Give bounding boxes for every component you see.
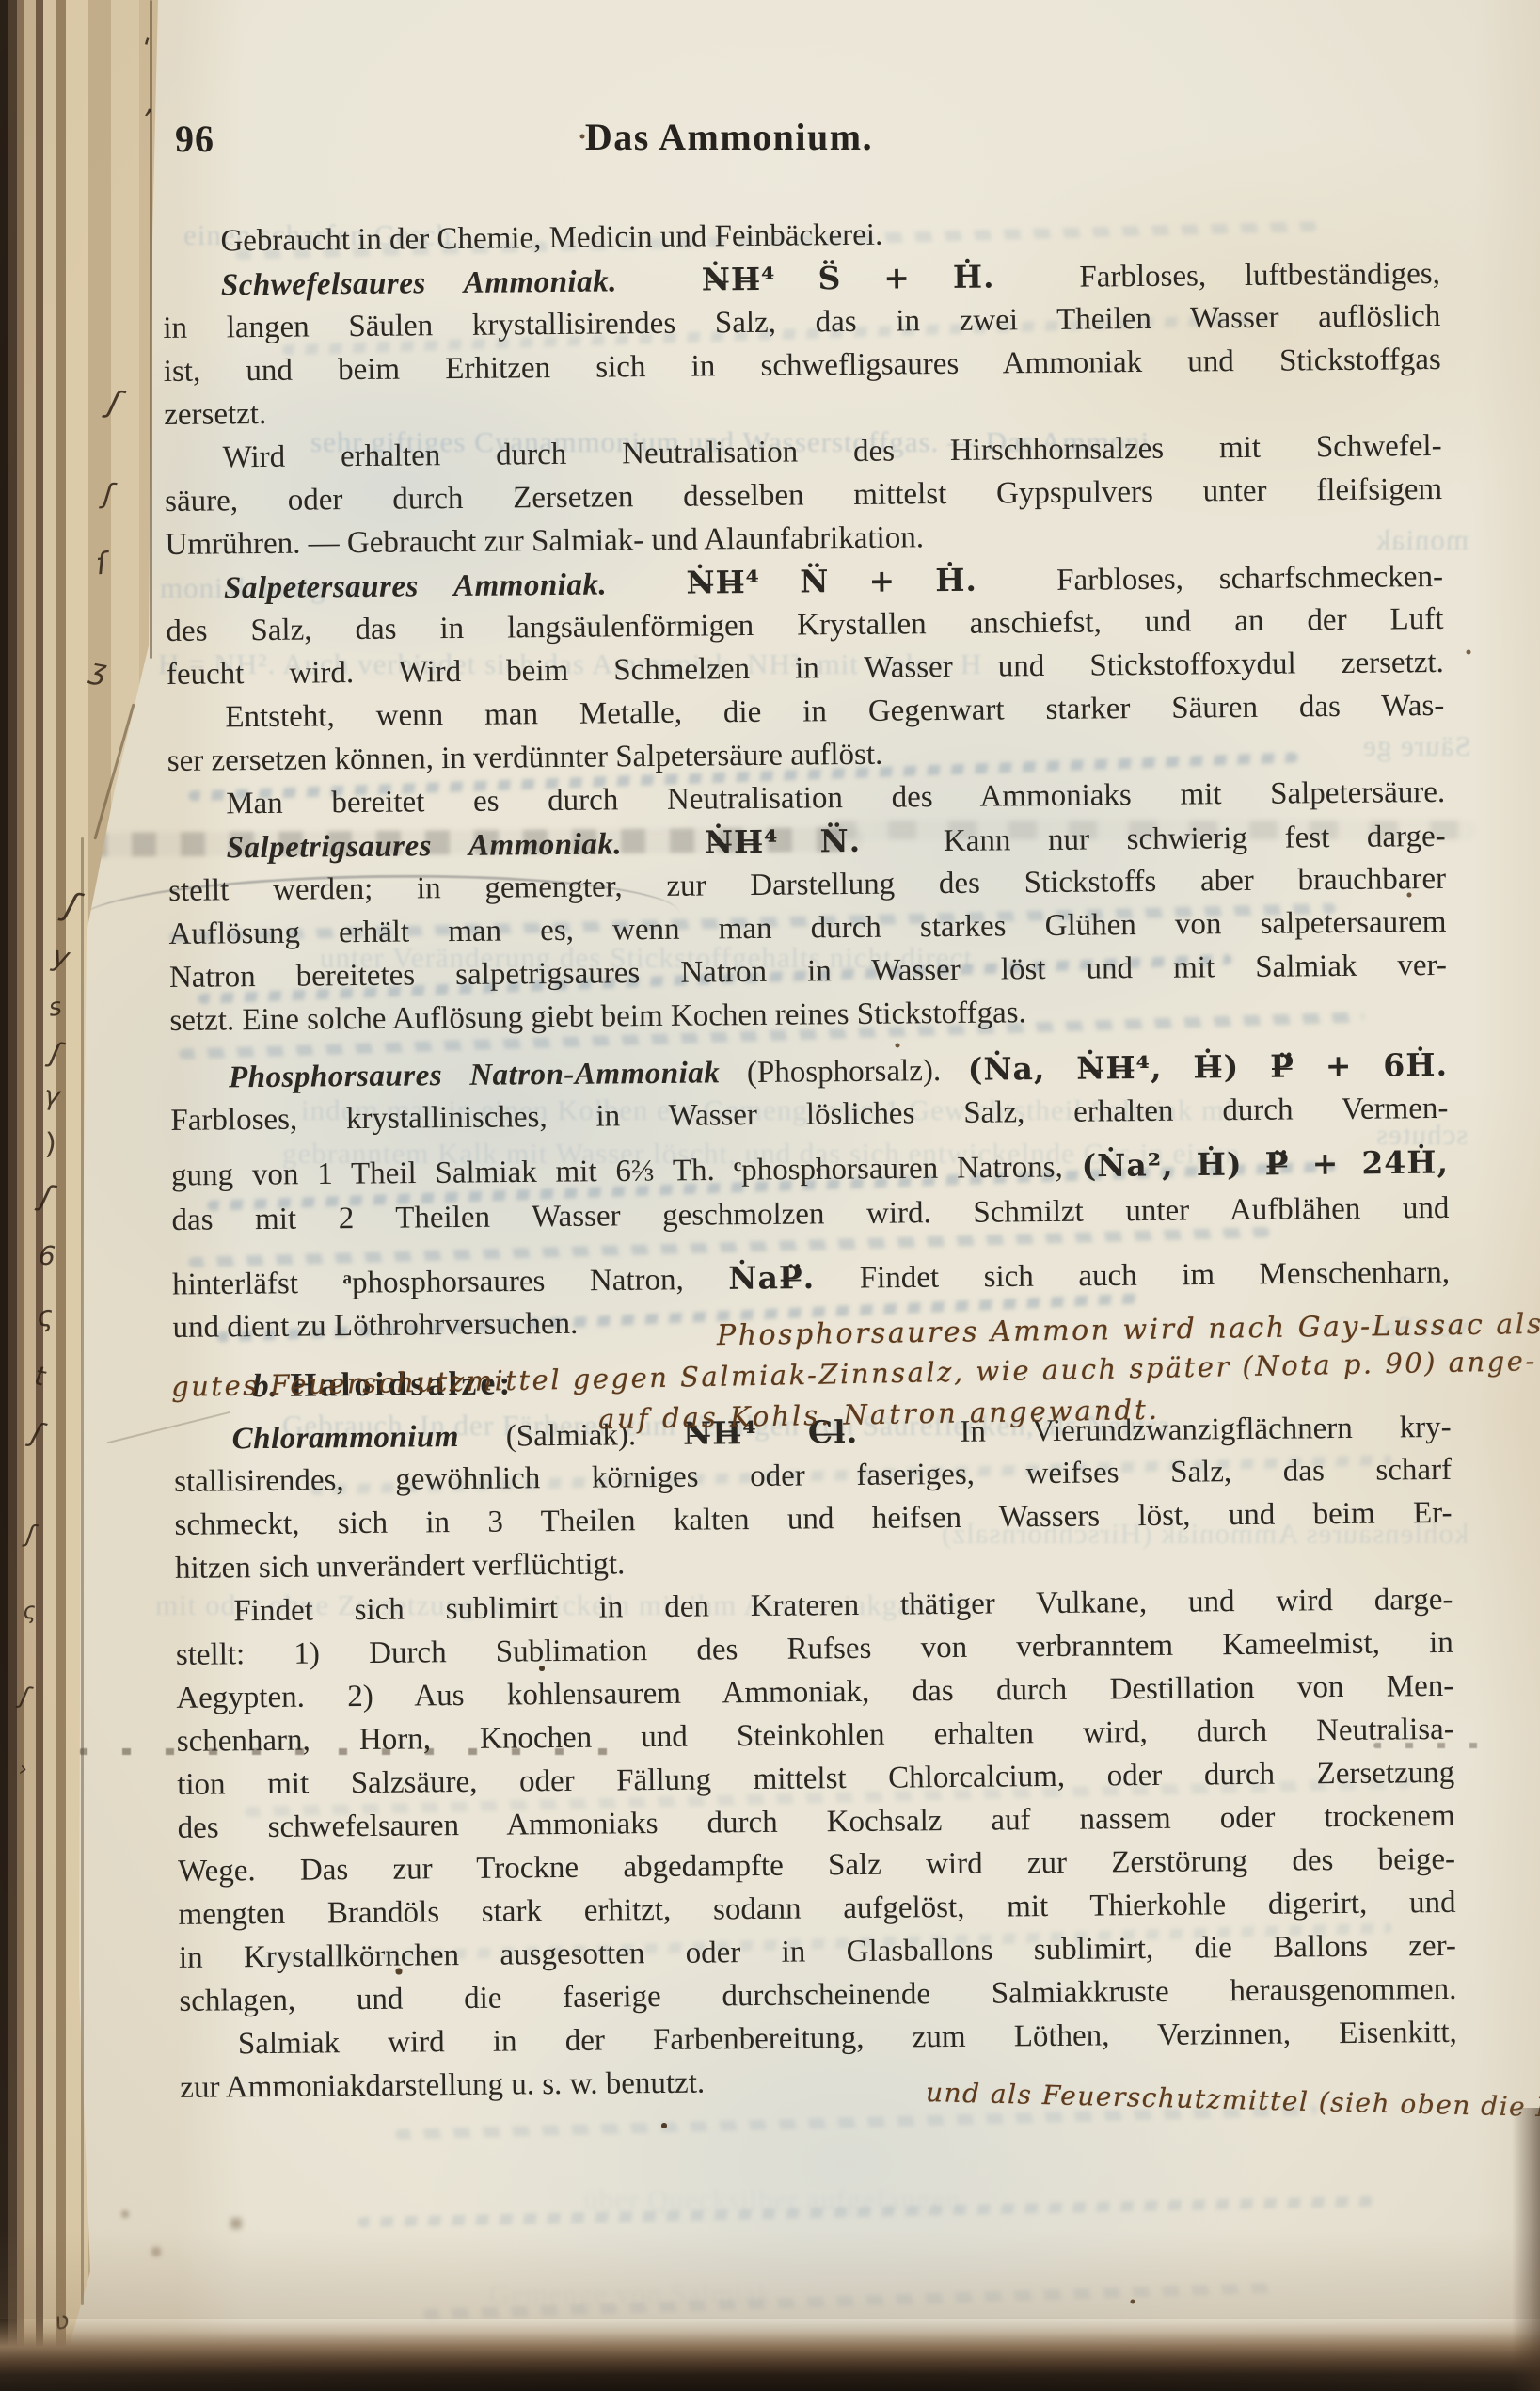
body-text: Farbloses, luftbeständiges, [1079,257,1440,295]
body-text: Gebraucht in der Chemie, Medicin und Fei… [220,218,882,259]
body-text: Auflösung erhält man es, wenn man durch … [168,905,1446,951]
running-title: Das Ammonium. [428,115,1030,159]
chemical-formula: Ṅ̶H̶⁴ N̈. [622,821,944,861]
body-text: Wege. Das zur Trockne abgedampfte Salz w… [178,1842,1455,1889]
body-text: phosphorsaures Natron, [352,1263,729,1300]
body-text: des Salz, das in langsäulenförmigen Krys… [166,602,1443,648]
body-text: stellt werden; in gemengter, zur Darstel… [168,862,1446,908]
species-name: Salpetersaures Ammoniak. [224,567,607,605]
body-text: Entsteht, wenn man Metalle, die in Gegen… [225,689,1444,734]
body-text: Umrühren. — Gebraucht zur Salmiak- und A… [165,520,924,562]
chemical-formula: (Ṅa, Ṅ̶H̶⁴, Ḣ̶) P̶̈ + 6Ḣ. [968,1046,1449,1088]
body-text: tion mit Salzsäure, oder Fällung mittels… [177,1756,1454,1802]
body-text: gung von 1 Theil Salmiak mit 6⅔ Th. [171,1154,734,1193]
margin-ink-mark: › [18,1758,28,1782]
margin-ink-mark: ς [22,1597,38,1624]
margin-ink-mark: γ [42,1079,61,1112]
chemical-formula: Ṅ̶H̶⁴ N̈ + Ḣ. [607,561,1056,602]
body-text: Wird erhalten durch Neutralisation des H… [223,429,1442,474]
body-text: Findet sich auch im Menschenharn, [815,1255,1450,1295]
body-text: Salmiak wird in der Farbenbereitung, zum… [238,2016,1457,2061]
body-text: ser zersetzen können, in verdünnter Salp… [167,738,883,778]
chemical-formula: Ṅ̶H̶⁴ S̈ + Ḣ. [617,258,1080,299]
chemical-formula: (Ṅa², Ḣ) P̶̈ + 24Ḣ, [1081,1143,1449,1184]
body-text: und dient zu Löthrohrversuchen. [172,1307,578,1345]
body-text: stellt: 1) Durch Sublimation des Rufses … [176,1626,1453,1672]
body-text: hinterläfst [172,1267,343,1302]
page-right-edge [1512,2108,1540,2391]
body-text: mengten Brandöls stark erhitzt, sodann a… [178,1886,1455,1932]
margin-ink-mark: 6 [38,1239,56,1271]
page-curvature-shadow [0,2230,1540,2319]
body-text: (Phosphorsalz). [720,1054,968,1091]
body-text: Man bereitet es durch Neutralisation des… [226,775,1445,821]
body-text: schenharn, Horn, Knochen und Steinkohlen… [177,1713,1454,1759]
body-text: Farbloses, krystallinisches, in Wasser l… [170,1092,1448,1138]
body-text: Aegypten. 2) Aus kohlensaurem Ammoniak, … [176,1669,1453,1715]
species-name: Chlorammonium [232,1420,460,1456]
body-text: Natron bereitetes salpetrigsaures Natron… [169,948,1447,995]
body-text: Farbloses, scharfschmecken- [1056,560,1443,598]
body-text: das mit 2 Theilen Wasser geschmolzen wir… [171,1191,1449,1237]
species-name: Schwefelsaures Ammoniak. [221,264,617,302]
superscript-marker: a [342,1268,352,1288]
page-right-tint [1474,0,1540,2391]
body-text: des schwefelsauren Ammoniaks durch Kochs… [178,1799,1455,1845]
body-text: in Krystallkörnchen ausgesotten oder in … [179,1929,1456,1975]
page-bottom-edge [0,2317,1540,2391]
page-crease [81,837,84,2305]
species-name: Phosphorsaures Natron-Ammoniak [229,1056,721,1094]
page-number: 96 [175,117,214,161]
body-text: säure, oder durch Zersetzen desselben mi… [165,472,1442,518]
body-text: feucht wird. Wird beim Schmelzen in Wass… [167,646,1444,692]
body-text: Findet sich sublimirt in den Krateren th… [233,1583,1453,1628]
species-name: Salpetrigsaures Ammoniak. [227,827,623,865]
text-line: das mit 2 Theilen Wasser geschmolzen wir… [171,1187,1449,1242]
text-block: Gebraucht in der Chemie, Medicin und Fei… [162,182,1457,2110]
margin-ink-mark: ς [35,1299,55,1334]
body-text: phosphorsauren Natrons, [741,1150,1082,1187]
body-text: in langen Säulen krystallisirendes Salz,… [163,299,1440,345]
body-text: schmeckt, sich in 3 Theilen kalten und h… [174,1496,1452,1542]
body-text: ist, und beim Erhitzen sich in schweflig… [164,343,1441,389]
body-text: zur Ammoniakdarstellung u. s. w. benutzt… [180,2066,705,2105]
text-line: hinterläfst aphosphorsaures Natron, ṄaP… [172,1247,1450,1302]
body-text: Kann nur schwierig fest darge- [944,820,1446,858]
body-text: hitzen sich unverändert verflüchtigt. [175,1547,626,1586]
body-text: schlagen, und die faserige durchscheinen… [179,1972,1456,2018]
text-line: gung von 1 Theil Salmiak mit 6⅔ Th. cpho… [171,1138,1449,1193]
chemical-formula: ṄaP̶̈. [728,1259,815,1297]
body-text: zersetzt. [164,397,266,432]
body-text: stallisirendes, gewöhnlich körniges oder… [174,1453,1452,1499]
body-text: setzt. Eine solche Auflösung giebt beim … [169,996,1026,1038]
